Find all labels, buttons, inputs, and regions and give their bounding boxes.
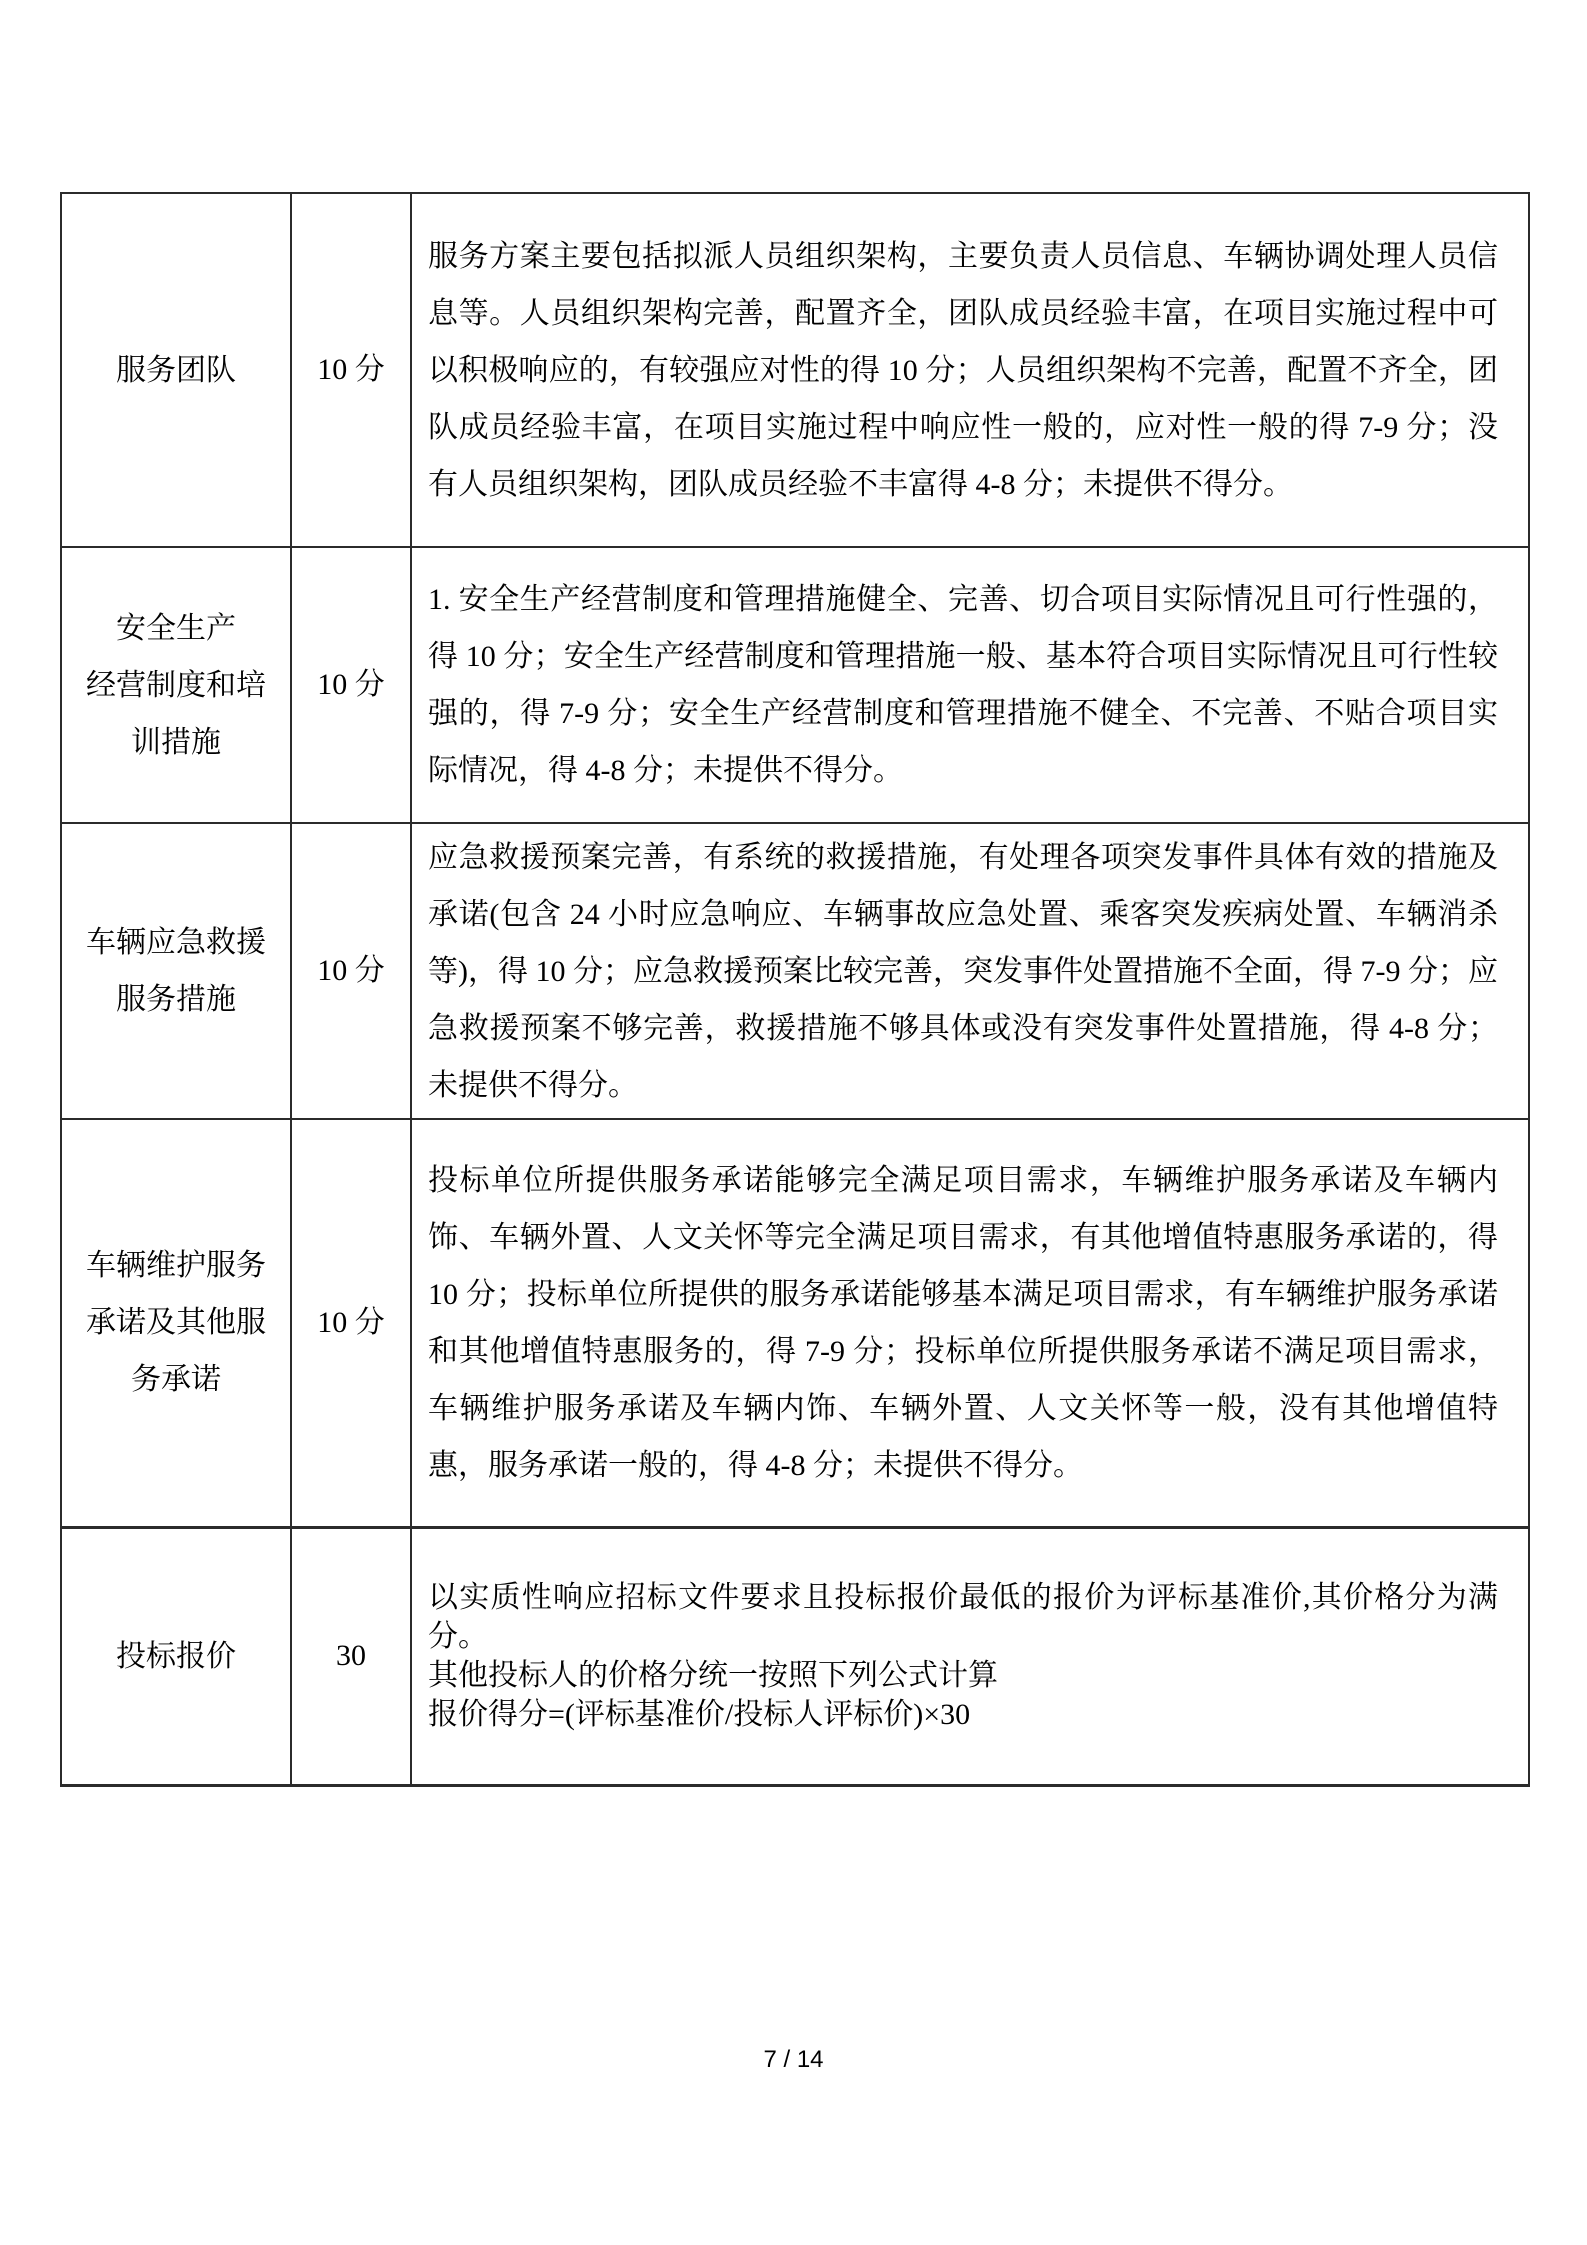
table-row: 投标报价 30 以实质性响应招标文件要求且投标报价最低的报价为评标基准价,其价格… [61, 1527, 1529, 1785]
score-cell: 10 分 [291, 1119, 411, 1527]
page-number: 7 / 14 [0, 2046, 1587, 2074]
criterion-cell: 服务团队 [61, 193, 291, 547]
description-cell: 以实质性响应招标文件要求且投标报价最低的报价为评标基准价,其价格分为满分。 其他… [411, 1527, 1529, 1785]
score-cell: 10 分 [291, 823, 411, 1119]
criterion-cell: 车辆应急救援 服务措施 [61, 823, 291, 1119]
score-cell: 10 分 [291, 193, 411, 547]
criterion-cell: 投标报价 [61, 1527, 291, 1785]
score-cell: 10 分 [291, 547, 411, 823]
document-page: 服务团队 10 分 服务方案主要包括拟派人员组织架构，主要负责人员信息、车辆协调… [0, 0, 1587, 2245]
description-cell: 服务方案主要包括拟派人员组织架构，主要负责人员信息、车辆协调处理人员信息等。人员… [411, 193, 1529, 547]
description-cell: 1. 安全生产经营制度和管理措施健全、完善、切合项目实际情况且可行性强的，得 1… [411, 547, 1529, 823]
score-cell: 30 [291, 1527, 411, 1785]
criterion-cell: 安全生产 经营制度和培 训措施 [61, 547, 291, 823]
evaluation-table: 服务团队 10 分 服务方案主要包括拟派人员组织架构，主要负责人员信息、车辆协调… [60, 192, 1530, 1787]
table-row: 车辆维护服务 承诺及其他服 务承诺 10 分 投标单位所提供服务承诺能够完全满足… [61, 1119, 1529, 1527]
table-row: 安全生产 经营制度和培 训措施 10 分 1. 安全生产经营制度和管理措施健全、… [61, 547, 1529, 823]
description-cell: 应急救援预案完善，有系统的救援措施，有处理各项突发事件具体有效的措施及承诺(包含… [411, 823, 1529, 1119]
table-row: 车辆应急救援 服务措施 10 分 应急救援预案完善，有系统的救援措施，有处理各项… [61, 823, 1529, 1119]
criterion-cell: 车辆维护服务 承诺及其他服 务承诺 [61, 1119, 291, 1527]
description-cell: 投标单位所提供服务承诺能够完全满足项目需求，车辆维护服务承诺及车辆内饰、车辆外置… [411, 1119, 1529, 1527]
table-row: 服务团队 10 分 服务方案主要包括拟派人员组织架构，主要负责人员信息、车辆协调… [61, 193, 1529, 547]
